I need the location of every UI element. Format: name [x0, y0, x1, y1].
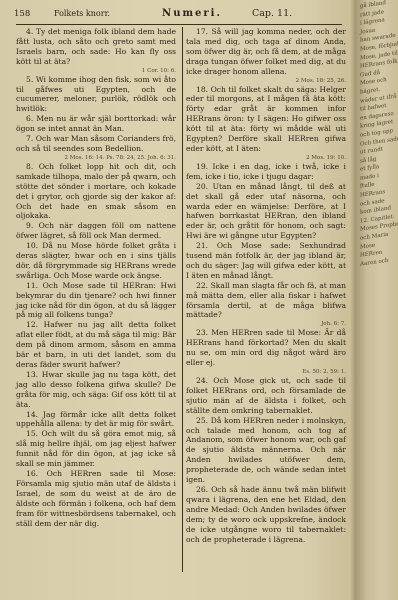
verse-number: 18. [196, 85, 211, 94]
verse: 21. Och Mose sade: Sexhundrad tusend män… [186, 241, 346, 281]
verse-text: Wi komme ihog den fisk, som wi åto til g… [16, 75, 176, 114]
verse-number: 23. [196, 328, 211, 337]
verse: 13. Hwar skulle jag nu taga kött, det ja… [16, 370, 176, 410]
verse-number: 5. [26, 75, 36, 84]
verse: 11. Och Mose sade til HERran: Hwi bekymr… [16, 281, 176, 321]
verse-text: Skall man slagta får och fä, at man må m… [186, 281, 346, 320]
cross-reference: Es. 50: 2. 59: 1. [186, 368, 346, 376]
right-column: 17. Så will jag komma neder, och der tal… [186, 27, 346, 544]
verse-number: 19. [196, 162, 213, 171]
verse: 16. Och HERren sade til Mose: Församla m… [16, 469, 176, 528]
verse-text: Då kom HERren neder i molnskyn, och tala… [186, 416, 346, 484]
verse-text: Och när daggen föll om nattene öfwer läg… [16, 221, 176, 240]
verse-number: 9. [26, 221, 39, 230]
verse-number: 20. [196, 182, 213, 191]
verse: 25. Då kom HERren neder i molnskyn, och … [186, 416, 346, 485]
verse: 22. Skall man slagta får och fä, at man … [186, 281, 346, 321]
verse: 7. Och war Man såsom Corianders frö, och… [16, 134, 176, 154]
verse-number: 4. [26, 27, 36, 36]
verse: 18. Och til folket skalt du säga: Helger… [186, 85, 346, 154]
verse-text: Och folket lopp hit och dit, och samkade… [16, 162, 176, 221]
verse: 19. Icke i en dag, icke i twå, icke i fe… [186, 162, 346, 182]
facing-page-edge: gå iblandrätt jadei lägrenaJosuahan swar… [356, 0, 398, 600]
verse-number: 25. [196, 416, 211, 425]
verse-number: 17. [196, 27, 212, 36]
verse-text: Och til folket skalt du säga: Helger ede… [186, 85, 346, 153]
verse: 23. Men HERren sade til Mose: Är då HERr… [186, 328, 346, 368]
verse: 17. Så will jag komma neder, och der tal… [186, 27, 346, 77]
cross-reference: 2 Mos. 19: 10. [186, 154, 346, 162]
verse: 24. Och Mose gick ut, och sade til folke… [186, 376, 346, 416]
verse-number: 14. [26, 410, 43, 419]
verse-number: 10. [26, 241, 42, 250]
header-rule [16, 24, 342, 25]
verse-number: 26. [196, 485, 211, 494]
verse: 14. Jag förmår icke allt detta folket up… [16, 410, 176, 430]
bible-page: 158 Folkets knorr. Numeri. Cap. 11. 4. T… [0, 0, 358, 600]
page-header: 158 Folkets knorr. Numeri. Cap. 11. [14, 8, 344, 22]
cross-reference: Joh. 6: 7. [186, 320, 346, 328]
cross-reference: 2 Mos. 16: 14. Ps. 78: 24, 25. Joh. 6: 3… [16, 154, 176, 162]
cross-reference: 2 Mos. 18: 25, 26. [186, 77, 346, 85]
verse-number: 13. [26, 370, 42, 379]
verse-number: 8. [26, 162, 39, 171]
page-number: 158 [14, 9, 54, 19]
cross-reference: 1 Cor. 10: 6. [16, 67, 176, 75]
chapter-label: Cap. 11. [252, 8, 292, 19]
left-column: 4. Ty det meniga folk ibland dem hade få… [16, 27, 176, 528]
verse: 26. Och så hade ännu twå män blifwit qwa… [186, 485, 346, 544]
verse-number: 12. [26, 320, 44, 329]
verse: 20. Utan en månad långt, til deß at det … [186, 182, 346, 241]
verse: 4. Ty det meniga folk ibland dem hade få… [16, 27, 176, 67]
running-title: Folkets knorr. [54, 9, 132, 18]
verse: 12. Hafwer nu jag allt detta folket afla… [16, 320, 176, 370]
book-title: Numeri. [132, 8, 252, 19]
column-divider [182, 27, 183, 572]
verse: 9. Och när daggen föll om nattene öfwer … [16, 221, 176, 241]
verse: 5. Wi komme ihog den fisk, som wi åto ti… [16, 75, 176, 115]
verse-number: 16. [26, 469, 47, 478]
verse: 10. Då nu Mose hörde folket gråta i dera… [16, 241, 176, 281]
verse-text: Och war Man såsom Corianders frö, och så… [16, 134, 176, 153]
verse: 15. Och wilt du så göra emot mig, så slå… [16, 429, 176, 469]
verse-number: 11. [26, 281, 43, 290]
verse-number: 15. [26, 429, 42, 438]
verse-text: Ty det meniga folk ibland dem hade fått … [16, 27, 176, 66]
verse: 8. Och folket lopp hit och dit, och samk… [16, 162, 176, 221]
verse-text: Men nu är wår själ borttorkad: wår ögon … [16, 114, 176, 133]
verse-number: 6. [26, 114, 36, 123]
verse: 6. Men nu är wår själ borttorkad: wår ög… [16, 114, 176, 134]
verse-number: 24. [196, 376, 213, 385]
verse-number: 7. [26, 134, 36, 143]
verse-number: 22. [196, 281, 211, 290]
verse-number: 21. [196, 241, 217, 250]
